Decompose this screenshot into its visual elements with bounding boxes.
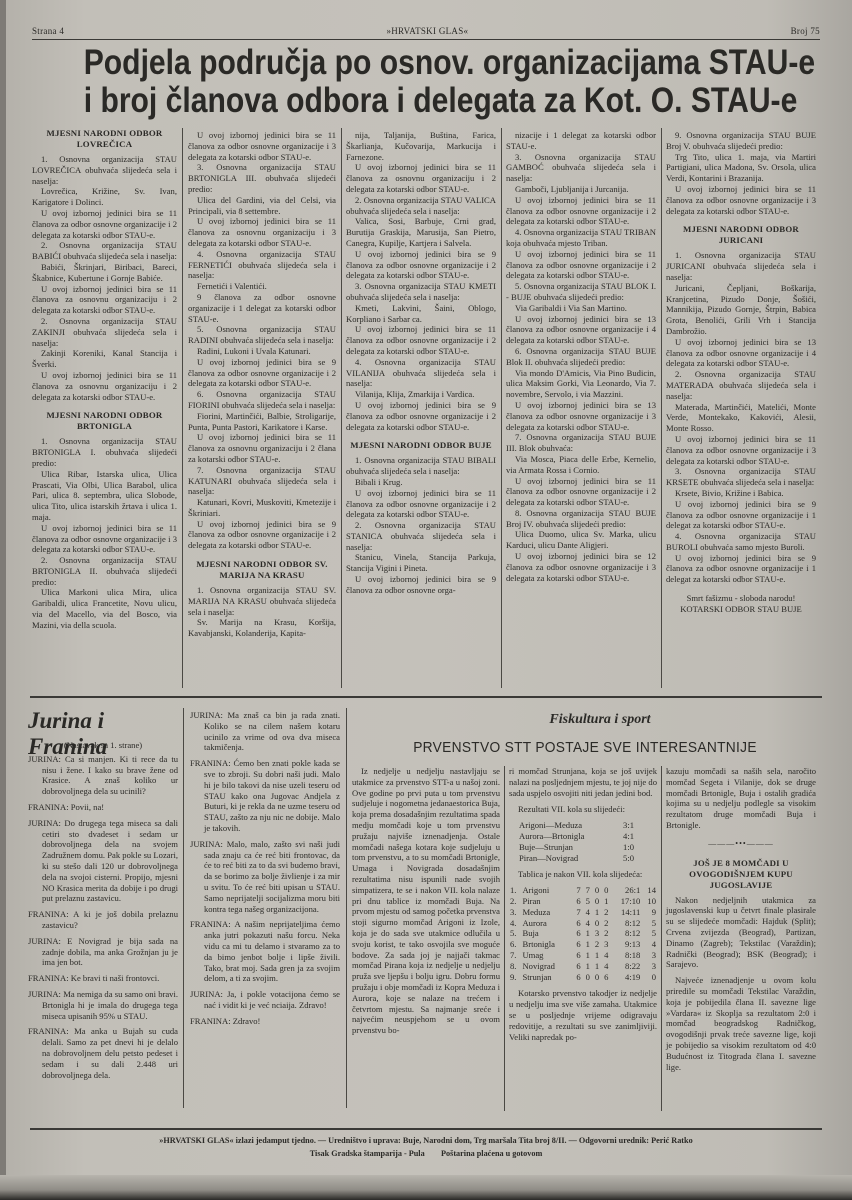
goals: 14:11 bbox=[609, 907, 641, 918]
paragraph: U ovoj izbornoj jedinici bira se 11 član… bbox=[666, 434, 816, 466]
paragraph: 2. Osnovna organizacija STAU BABIĆI obuh… bbox=[32, 240, 177, 262]
pos: 4. bbox=[509, 918, 521, 929]
paragraph: Vilanija, Klija, Zmarkija i Vardica. bbox=[346, 389, 496, 400]
dialogue-text: Zdravo! bbox=[233, 1016, 261, 1026]
goals: 8:12 bbox=[609, 928, 641, 939]
paragraph: nija, Taljanija, Buština, Farica, Škarli… bbox=[346, 130, 496, 162]
newspaper-page: Strana 4 »HRVATSKI GLAS« Broj 75 Podjela… bbox=[0, 0, 852, 1200]
paragraph: 2. Osnovna organizacija STAU MATERADA ob… bbox=[666, 369, 816, 401]
won: 1 bbox=[582, 961, 591, 972]
lost: 2 bbox=[600, 928, 609, 939]
sport-headline: PRVENSTVO STT POSTAJE SVE INTERESANTNIJE bbox=[371, 740, 799, 756]
standings-row: 3.Meduza741214:119 bbox=[509, 907, 657, 918]
dialogue-line: FRANINA: Ke bravi ti naši frontovci. bbox=[28, 973, 178, 984]
dialogue-line: JURINA: Do drugega tega miseca sa dali c… bbox=[28, 818, 178, 904]
paragraph: Sv. Marija na Krasu, Koršija, Kavabjansk… bbox=[188, 617, 336, 639]
speaker-name: JURINA: bbox=[28, 936, 67, 946]
section-heading-buje: MJESNI NARODNI ODBOR BUJE bbox=[346, 440, 496, 451]
paragraph: U ovoj izbornoj jedinici bira se 11 član… bbox=[346, 162, 496, 194]
speaker-name: JURINA: bbox=[28, 754, 65, 764]
dialogue-line: FRANINA: A ki je još dobila prelaznu zas… bbox=[28, 909, 178, 931]
paragraph: 7. Osnovna organizacija STAU KATUNARI ob… bbox=[188, 465, 336, 497]
pos: 8. bbox=[509, 961, 521, 972]
paragraph: Ulica Markoni ulica Mira, ulica Garibald… bbox=[32, 587, 177, 630]
paragraph: Fiorini, Martinčići, Balbie, Stroligarij… bbox=[188, 411, 336, 433]
result-row: Piran—Novigrad5:0 bbox=[517, 853, 652, 864]
lost: 3 bbox=[600, 939, 609, 950]
continued-note: (Nastavak sa 1. strane) bbox=[28, 740, 178, 751]
column-divider bbox=[346, 708, 347, 1108]
won: 4 bbox=[582, 907, 591, 918]
pos: 6. bbox=[509, 939, 521, 950]
pos: 3. bbox=[509, 907, 521, 918]
imprint-line-1: »HRVATSKI GLAS« izlazi jedamput tjedno. … bbox=[30, 1134, 822, 1147]
paragraph: 1. Osnovna organizacija STAU BIBALI obuh… bbox=[346, 455, 496, 477]
match: Piran—Novigrad bbox=[517, 853, 610, 864]
paragraph: 4. Osnovna organizacija STAU VILANIJA ob… bbox=[346, 357, 496, 389]
paragraph: ri momčad Strunjana, koja se još uvijek … bbox=[509, 766, 657, 798]
paragraph: 2. Osnovna organizacija STAU ZAKINJI obu… bbox=[32, 316, 177, 348]
standings-intro: Tablica je nakon VII. kola slijedeća: bbox=[509, 869, 657, 880]
dialogue-text: Malo, malo, zašto svi naši judi sada zna… bbox=[204, 839, 340, 914]
article-column-5: 9. Osnovna organizacija STAU BUJE Broj V… bbox=[666, 130, 816, 615]
played: 6 bbox=[572, 928, 581, 939]
team: Brtonigla bbox=[521, 939, 572, 950]
paragraph: Babići, Škrinjari, Biribaci, Bareci, Ška… bbox=[32, 262, 177, 284]
dialogue-line: JURINA: Malo, malo, zašto svi naši judi … bbox=[190, 839, 340, 915]
paragraph: kazuju momčadi sa naših sela, naročito m… bbox=[666, 766, 816, 831]
paper-name: »HRVATSKI GLAS« bbox=[386, 26, 468, 36]
paragraph: 9 članova za odbor osnovne organizacije … bbox=[188, 292, 336, 324]
match: Aurora—Brtonigla bbox=[517, 831, 610, 842]
played: 7 bbox=[572, 885, 581, 896]
paragraph: 1. Osnovna organizacija STAU LOVREČICA o… bbox=[32, 154, 177, 186]
paragraph: U ovoj izbornoj jedinici bira se 9 člano… bbox=[346, 400, 496, 432]
results-table: Arigoni—Meduza3:1Aurora—Brtonigla4:1Buje… bbox=[517, 820, 652, 863]
standings-table: 1.Arigoni770026:1142.Piran650117:10103.M… bbox=[509, 885, 657, 982]
paragraph: 7. Osnovna organizacija STAU BUJE III. B… bbox=[506, 432, 656, 454]
main-headline: Podjela područja po osnov. organizacijam… bbox=[84, 44, 769, 120]
paragraph: 9. Osnovna organizacija STAU BUJE Broj V… bbox=[666, 130, 816, 152]
speaker-name: FRANINA: bbox=[28, 973, 71, 983]
speaker-name: JURINA: bbox=[190, 989, 227, 999]
column-divider bbox=[504, 766, 505, 1111]
paragraph: Via mondo D'Amicis, Via Pino Budicin, ul… bbox=[506, 368, 656, 400]
lost: 6 bbox=[600, 972, 609, 983]
paragraph: 3. Osnovna organizacija STAU BRTONIGLA I… bbox=[188, 162, 336, 194]
team: Aurora bbox=[521, 918, 572, 929]
played: 6 bbox=[572, 896, 581, 907]
lost: 4 bbox=[600, 950, 609, 961]
team: Umag bbox=[521, 950, 572, 961]
standings-row: 5.Buja61328:125 bbox=[509, 928, 657, 939]
imprint-footer: »HRVATSKI GLAS« izlazi jedamput tjedno. … bbox=[30, 1134, 822, 1160]
speaker-name: FRANINA: bbox=[190, 919, 234, 929]
paragraph: Ulica Duomo, ulica Sv. Marka, ulicu Kard… bbox=[506, 529, 656, 551]
section-heading-lovrecica: MJESNI NARODNI ODBOR LOVREČICA bbox=[32, 128, 177, 150]
paragraph: U ovoj izbornoj jedinici bira se 11 član… bbox=[32, 523, 177, 555]
pos: 7. bbox=[509, 950, 521, 961]
section-heading-sv-marija: MJESNI NARODNI ODBOR SV. MARIJA NA KRASU bbox=[188, 559, 336, 581]
dialogue-column-2: JURINA: Ma znaš ca bin ja rada znati. Ko… bbox=[190, 710, 340, 1032]
paragraph: Najveće iznenadjenje u ovom kolu priredi… bbox=[666, 975, 816, 1072]
paragraph: 5. Osnovna organizacija STAU RADINI obuh… bbox=[188, 324, 336, 346]
paragraph: U ovoj izbornoj jedinici bira se 11 član… bbox=[32, 370, 177, 402]
played: 6 bbox=[572, 950, 581, 961]
signature: KOTARSKI ODBOR STAU BUJE bbox=[666, 604, 816, 615]
paragraph: 4. Osnovna organizacija STAU TRIBAN koja… bbox=[506, 227, 656, 249]
paragraph: nizacije i 1 delegat za kotarski odbor S… bbox=[506, 130, 656, 152]
lost: 2 bbox=[600, 918, 609, 929]
won: 5 bbox=[582, 896, 591, 907]
paragraph: U ovoj izbornoj jedinici bira se 11 član… bbox=[666, 184, 816, 216]
dialogue-line: FRANINA: Ćemo ben znati pokle kada se sv… bbox=[190, 758, 340, 834]
headline-line-1: Podjela područja po osnov. organizacijam… bbox=[84, 44, 769, 82]
speaker-name: JURINA: bbox=[28, 818, 64, 828]
points: 9 bbox=[641, 907, 657, 918]
column-divider bbox=[182, 128, 183, 688]
paragraph: 1. Osnovna organizacija STAU JURICANI ob… bbox=[666, 250, 816, 282]
played: 6 bbox=[572, 961, 581, 972]
section-divider bbox=[30, 696, 822, 698]
standings-row: 7.Umag61148:183 bbox=[509, 950, 657, 961]
slogan: Smrt fašizmu - sloboda narodu! bbox=[666, 593, 816, 604]
drawn: 3 bbox=[591, 928, 600, 939]
paragraph: 4. Osnovna organizacija STAU BUROLI obuh… bbox=[666, 531, 816, 553]
sport-column-1: Iz nedjelje u nedjelju nastavljaju se ut… bbox=[352, 766, 500, 1036]
played: 6 bbox=[572, 939, 581, 950]
dialogue-text: Do drugega tega miseca sa dali cetiri st… bbox=[42, 818, 178, 904]
paragraph: Iz nedjelje u nedjelju nastavljaju se ut… bbox=[352, 766, 500, 1036]
section-heading-brtonigla: MJESNI NARODNI ODBOR BRTONIGLA bbox=[32, 410, 177, 432]
won: 7 bbox=[582, 885, 591, 896]
standings-row: 9.Strunjan60064:190 bbox=[509, 972, 657, 983]
dialogue-line: JURINA: Ma znaš ca bin ja rada znati. Ko… bbox=[190, 710, 340, 753]
paragraph: U ovoj izbornoj jedinici bira se 11 član… bbox=[188, 130, 336, 162]
points: 10 bbox=[641, 896, 657, 907]
points: 3 bbox=[641, 961, 657, 972]
paragraph: Lovrečica, Križine, Sv. Ivan, Karigatore… bbox=[32, 186, 177, 208]
paragraph: Ulica Ribar, Istarska ulica, Ulica Prasc… bbox=[32, 469, 177, 523]
dialogue-column-1: (Nastavak sa 1. strane)JURINA: Ca si man… bbox=[28, 740, 178, 1085]
pos: 1. bbox=[509, 885, 521, 896]
paragraph: 2. Osnovna organizacija STAU STANICA obu… bbox=[346, 520, 496, 552]
paragraph: U ovoj izbornoj jedinici bira se 9 člano… bbox=[346, 574, 496, 596]
running-head: Strana 4 »HRVATSKI GLAS« Broj 75 bbox=[32, 22, 820, 40]
drawn: 1 bbox=[591, 961, 600, 972]
drawn: 0 bbox=[591, 972, 600, 983]
paragraph: Materada, Martinčići, Matelići, Monte Ve… bbox=[666, 402, 816, 434]
won: 0 bbox=[582, 972, 591, 983]
column-divider bbox=[661, 128, 662, 688]
paragraph: Zakinji Koreniki, Kanal Stancija i Šverk… bbox=[32, 348, 177, 370]
drawn: 0 bbox=[591, 918, 600, 929]
score: 3:1 bbox=[610, 820, 652, 831]
pos: 5. bbox=[509, 928, 521, 939]
goals: 4:19 bbox=[609, 972, 641, 983]
section-heading-juricani: MJESNI NARODNI ODBOR JURICANI bbox=[666, 224, 816, 246]
points: 4 bbox=[641, 939, 657, 950]
article-column-3: nija, Taljanija, Buština, Farica, Škarli… bbox=[346, 130, 496, 596]
drawn: 0 bbox=[591, 896, 600, 907]
points: 5 bbox=[641, 928, 657, 939]
played: 7 bbox=[572, 907, 581, 918]
paragraph: Juricani, Čepljani, Boškarija, Kranjceti… bbox=[666, 283, 816, 337]
paragraph: 5. Osnovna organizacija STAU BLOK I. - B… bbox=[506, 281, 656, 303]
points: 14 bbox=[641, 885, 657, 896]
paragraph: U ovoj izbornoj jedinici bira se 11 član… bbox=[506, 195, 656, 227]
dialogue-line: JURINA: E Novigrad je bija sada na zadnj… bbox=[28, 936, 178, 968]
goals: 8:22 bbox=[609, 961, 641, 972]
speaker-name: JURINA: bbox=[190, 839, 227, 849]
paragraph: U ovoj izbornoj jedinici bira se 9 člano… bbox=[666, 499, 816, 531]
dialogue-line: JURINA: Ja, i pokle votacijona ćemo se n… bbox=[190, 989, 340, 1011]
sport-section-kicker: Fiskultura i sport bbox=[480, 712, 720, 728]
paragraph: 8. Osnovna organizacija STAU BUJE Broj I… bbox=[506, 508, 656, 530]
paragraph: 1. Osnovna organizacija STAU SV. MARIJA … bbox=[188, 585, 336, 617]
pos: 2. bbox=[509, 896, 521, 907]
speaker-name: FRANINA: bbox=[190, 758, 233, 768]
drawn: 1 bbox=[591, 950, 600, 961]
lost: 4 bbox=[600, 961, 609, 972]
standings-row: 6.Brtonigla61239:134 bbox=[509, 939, 657, 950]
paragraph: Stanicu, Vinela, Stancija Parkuja, Stanc… bbox=[346, 552, 496, 574]
team: Buja bbox=[521, 928, 572, 939]
paragraph: 3. Osnovna organizacija STAU GAMBOĆ obuh… bbox=[506, 152, 656, 184]
paragraph: U ovoj izbornoj jedinici bira se 13 član… bbox=[506, 314, 656, 346]
paragraph: U ovoj izbornoj jedinici bira se 9 člano… bbox=[666, 553, 816, 585]
column-divider bbox=[661, 766, 662, 1111]
played: 6 bbox=[572, 918, 581, 929]
result-row: Buje—Strunjan1:0 bbox=[517, 842, 652, 853]
paragraph: U ovoj izbornoj jedinici bira se 11 član… bbox=[506, 249, 656, 281]
dialogue-text: Ma nemiga da su samo oni bravi. Brtonigl… bbox=[42, 989, 178, 1021]
standings-row: 4.Aurora64028:125 bbox=[509, 918, 657, 929]
paragraph: U ovoj izbornoj jedinici bira se 12 član… bbox=[506, 551, 656, 583]
scan-edge bbox=[0, 0, 6, 1200]
standings-row: 1.Arigoni770026:114 bbox=[509, 885, 657, 896]
dialogue-text: Povii, na! bbox=[71, 802, 104, 812]
speaker-name: JURINA: bbox=[28, 989, 63, 999]
article-column-1: MJESNI NARODNI ODBOR LOVREČICA 1. Osnovn… bbox=[32, 128, 177, 631]
paragraph: U ovoj izbornoj jedinici bira se 11 član… bbox=[188, 432, 336, 464]
paragraph: Via Mosca, Piaca delle Erbe, Kernelio, v… bbox=[506, 454, 656, 476]
paragraph: Valica, Sosi, Barbuje, Crni grad, Buruti… bbox=[346, 216, 496, 248]
paragraph: 3. Osnovna organizacija STAU KRSETE obuh… bbox=[666, 466, 816, 488]
paragraph: U ovoj izbornoj jedinici bira se 11 član… bbox=[32, 284, 177, 316]
paragraph: 2. Osnovna organizacija STAU BRTONIGLA I… bbox=[32, 555, 177, 587]
paragraph: U ovoj izbornoj jedinici bira se 13 član… bbox=[666, 337, 816, 369]
points: 0 bbox=[641, 972, 657, 983]
result-row: Aurora—Brtonigla4:1 bbox=[517, 831, 652, 842]
drawn: 0 bbox=[591, 885, 600, 896]
goals: 26:1 bbox=[609, 885, 641, 896]
paragraph: Trg Tito, ulica 1. maja, via Martiri Par… bbox=[666, 152, 816, 184]
drawn: 2 bbox=[591, 939, 600, 950]
paragraph: U ovoj izbornoj jedinici bira se 11 član… bbox=[346, 488, 496, 520]
dialogue-text: Ćemo ben znati pokle kada se sve to zbro… bbox=[204, 758, 340, 833]
won: 1 bbox=[582, 939, 591, 950]
sport-column-2: ri momčad Strunjana, koja se još uvijek … bbox=[509, 766, 657, 1042]
goals: 8:18 bbox=[609, 950, 641, 961]
speaker-name: FRANINA: bbox=[28, 802, 71, 812]
score: 1:0 bbox=[610, 842, 652, 853]
points: 5 bbox=[641, 918, 657, 929]
column-divider bbox=[341, 128, 342, 688]
paragraph: U ovoj izbornoj jedinici bira se 11 član… bbox=[346, 324, 496, 356]
match: Buje—Strunjan bbox=[517, 842, 610, 853]
page-number: Strana 4 bbox=[32, 26, 64, 36]
results-intro: Rezultati VII. kola su slijedeći: bbox=[509, 804, 657, 815]
drawn: 1 bbox=[591, 907, 600, 918]
paragraph: Ulica del Gardini, via del Celsi, via Pr… bbox=[188, 195, 336, 217]
goals: 8:12 bbox=[609, 918, 641, 929]
paragraph: Kmeti, Lakvini, Šaini, Oblogo, Korpliano… bbox=[346, 303, 496, 325]
paragraph: Radini, Lukoni i Uvala Katunari. bbox=[188, 346, 336, 357]
paragraph: U ovoj izbornoj jedinici bira se 13 član… bbox=[506, 400, 656, 432]
dialogue-text: Ke bravi ti naši frontovci. bbox=[71, 973, 160, 983]
column-divider bbox=[501, 128, 502, 688]
speaker-name: FRANINA: bbox=[190, 1016, 233, 1026]
paragraph: U ovoj izbornoj jedinici bira se 11 član… bbox=[32, 208, 177, 240]
paragraph: U ovoj izbornoj jedinici bira se 9 člano… bbox=[346, 249, 496, 281]
goals: 9:13 bbox=[609, 939, 641, 950]
paragraph: Kotarsko prvenstvo takodjer iz nedjelje … bbox=[509, 988, 657, 1042]
paragraph: 2. Osnovna organizacija STAU VALICA obuh… bbox=[346, 195, 496, 217]
dialogue-line: FRANINA: Zdravo! bbox=[190, 1016, 340, 1027]
team: Arigoni bbox=[521, 885, 572, 896]
paragraph: Nakon nedjeljnih utakmica za jugoslavens… bbox=[666, 895, 816, 971]
won: 1 bbox=[582, 928, 591, 939]
result-row: Arigoni—Meduza3:1 bbox=[517, 820, 652, 831]
dialogue-line: FRANINA: Ma anka u Bujah su cuda delali.… bbox=[28, 1026, 178, 1080]
standings-row: 8.Novigrad61148:223 bbox=[509, 961, 657, 972]
paragraph: U ovoj izbornoj jedinici bira se 11 član… bbox=[188, 216, 336, 248]
paragraph: 6. Osnovna organizacija STAU BUJE Blok I… bbox=[506, 346, 656, 368]
paragraph: U ovoj izbornoj jedinici bira se 9 člano… bbox=[188, 357, 336, 389]
paragraph: Fernetići i Valentići. bbox=[188, 281, 336, 292]
headline-line-2: i broj članova odbora i delegata za Kot.… bbox=[84, 82, 769, 120]
won: 1 bbox=[582, 950, 591, 961]
dialogue-line: FRANINA: Povii, na! bbox=[28, 802, 178, 813]
pos: 9. bbox=[509, 972, 521, 983]
team: Meduza bbox=[521, 907, 572, 918]
article-column-4: nizacije i 1 delegat za kotarski odbor S… bbox=[506, 130, 656, 583]
paragraph: 4. Osnovna organizacija STAU FERNETIĆI o… bbox=[188, 249, 336, 281]
ornament-divider: ———•••——— bbox=[666, 839, 816, 850]
article-column-2: U ovoj izbornoj jedinici bira se 11 član… bbox=[188, 130, 336, 639]
paragraph: U ovoj izbornoj jedinici bira se 9 člano… bbox=[188, 519, 336, 551]
paragraph: 6. Osnovna organizacija STAU FIORINI obu… bbox=[188, 389, 336, 411]
paragraph: U ovoj izbornoj jedinici bira se 11 član… bbox=[506, 476, 656, 508]
paragraph: 1. Osnovna organizacija STAU BRTONIGLA I… bbox=[32, 436, 177, 468]
points: 3 bbox=[641, 950, 657, 961]
lost: 2 bbox=[600, 907, 609, 918]
speaker-name: JURINA: bbox=[190, 710, 228, 720]
won: 4 bbox=[582, 918, 591, 929]
played: 6 bbox=[572, 972, 581, 983]
paragraph: 3. Osnovna organizacija STAU KMETI obuhv… bbox=[346, 281, 496, 303]
paragraph: Gamboči, Ljubljanija i Jurcanija. bbox=[506, 184, 656, 195]
score: 4:1 bbox=[610, 831, 652, 842]
team: Novigrad bbox=[521, 961, 572, 972]
lost: 0 bbox=[600, 885, 609, 896]
speaker-name: FRANINA: bbox=[28, 909, 73, 919]
sport-column-3: kazuju momčadi sa naših sela, naročito m… bbox=[666, 766, 816, 1072]
score: 5:0 bbox=[610, 853, 652, 864]
kup-headline: JOŠ JE 8 MOMČADI U OVOGODIŠNJEM KUPU JUG… bbox=[666, 858, 816, 891]
match: Arigoni—Meduza bbox=[517, 820, 610, 831]
standings-row: 2.Piran650117:1010 bbox=[509, 896, 657, 907]
paragraph: Krsete, Bivio, Križine i Babica. bbox=[666, 488, 816, 499]
speaker-name: FRANINA: bbox=[28, 1026, 74, 1036]
paragraph: Via Garibaldi i Via San Martino. bbox=[506, 303, 656, 314]
team: Piran bbox=[521, 896, 572, 907]
team: Strunjan bbox=[521, 972, 572, 983]
paragraph: Katunari, Kovri, Muskoviti, Kmetezije i … bbox=[188, 497, 336, 519]
imprint-line-2: Tisak Gradska štamparija - Pula Poštarin… bbox=[30, 1147, 822, 1160]
dialogue-line: FRANINA: A našim neprijateljima ćemo ank… bbox=[190, 919, 340, 984]
column-divider bbox=[183, 708, 184, 1108]
goals: 17:10 bbox=[609, 896, 641, 907]
lost: 1 bbox=[600, 896, 609, 907]
scan-edge bbox=[0, 1175, 852, 1200]
dialogue-line: JURINA: Ma nemiga da su samo oni bravi. … bbox=[28, 989, 178, 1021]
footer-divider bbox=[30, 1128, 822, 1130]
paragraph: Bibali i Krug. bbox=[346, 477, 496, 488]
issue-number: Broj 75 bbox=[791, 26, 820, 36]
dialogue-line: JURINA: Ca si manjen. Ki ti rece da tu n… bbox=[28, 754, 178, 797]
